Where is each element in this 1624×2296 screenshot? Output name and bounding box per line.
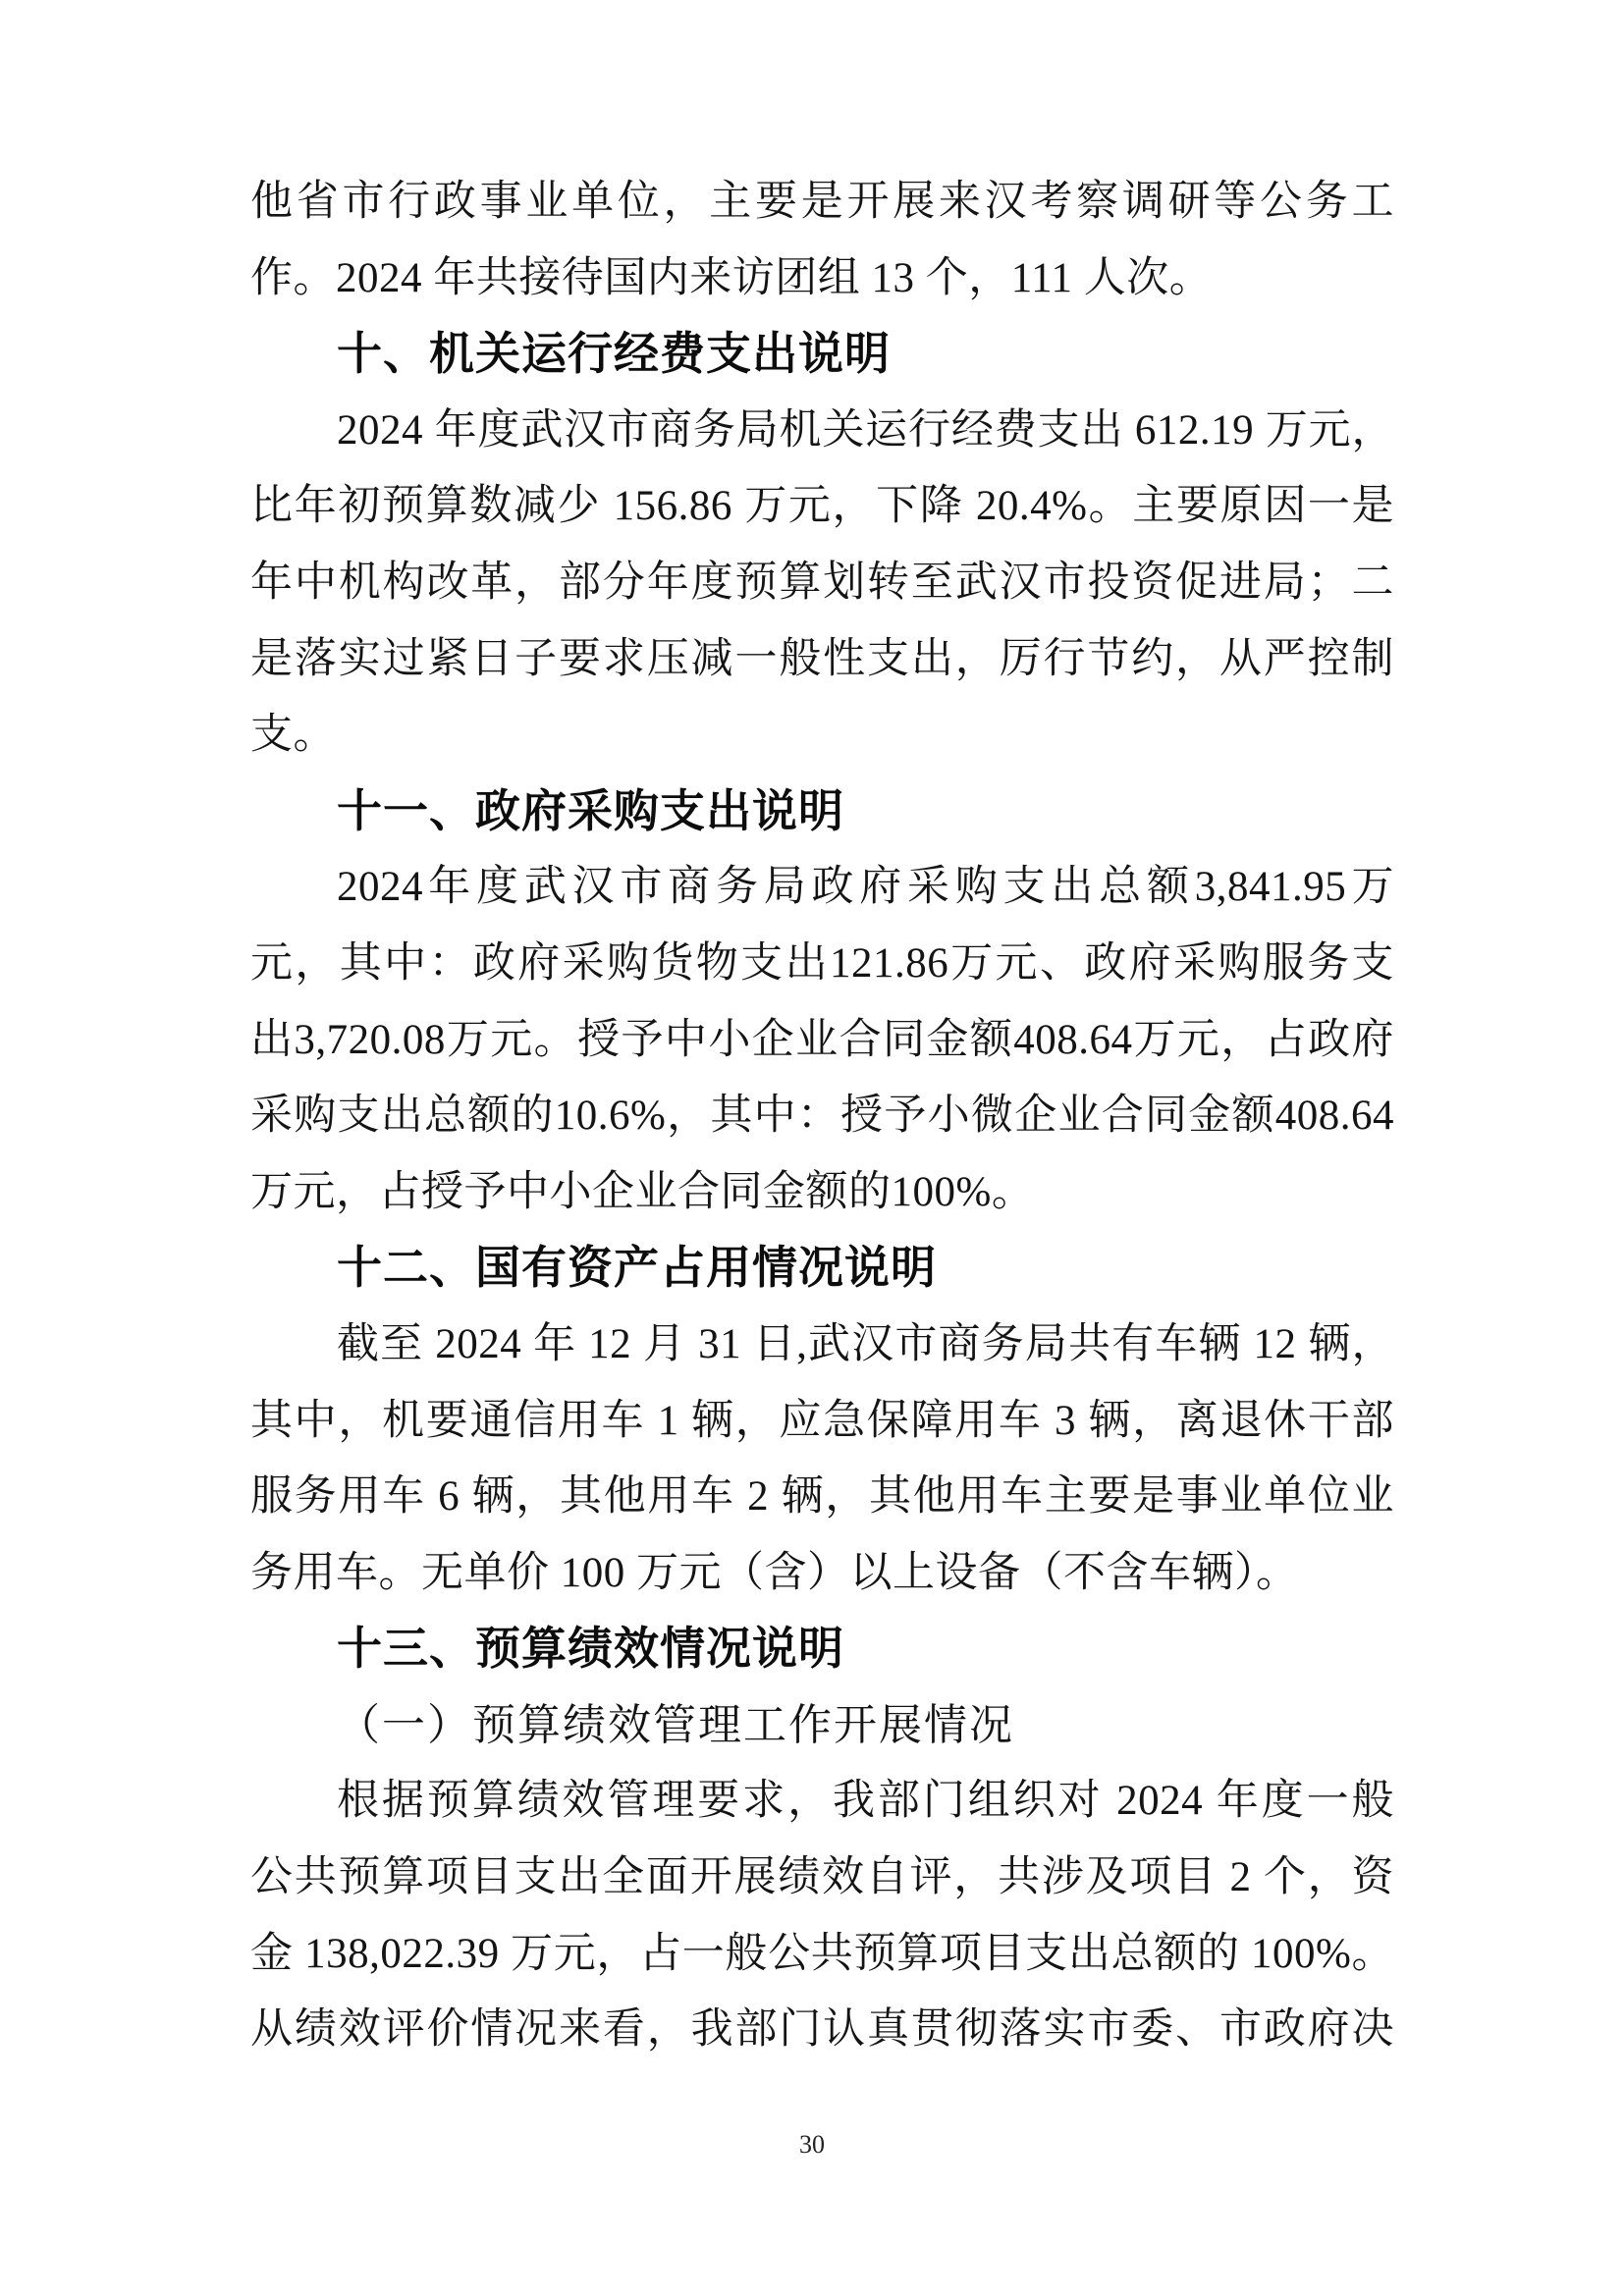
text-line: 万元，占授予中小企业合同金额的100%。 bbox=[250, 1154, 1394, 1231]
text-line: 作。2024 年共接待国内来访团组 13 个，111 人次。 bbox=[250, 240, 1394, 317]
text-line: 截至 2024 年 12 月 31 日,武汉市商务局共有车辆 12 辆， bbox=[250, 1307, 1394, 1383]
text-line: 年中机构改革，部分年度预算划转至武汉市投资促进局；二 bbox=[250, 545, 1394, 621]
text-line: 2024 年度武汉市商务局机关运行经费支出 612.19 万元， bbox=[250, 393, 1394, 469]
section-heading-11: 十一、政府采购支出说明 bbox=[250, 774, 1394, 850]
text-line: 金 138,022.39 万元，占一般公共预算项目支出总额的 100%。 bbox=[250, 1916, 1394, 1993]
document-text-block: 他省市行政事业单位，主要是开展来汉考察调研等公务工 作。2024 年共接待国内来… bbox=[250, 164, 1394, 2068]
section-heading-12: 十二、国有资产占用情况说明 bbox=[250, 1230, 1394, 1307]
sub-heading: （一）预算绩效管理工作开展情况 bbox=[250, 1687, 1394, 1764]
text-line: 从绩效评价情况来看，我部门认真贯彻落实市委、市政府决 bbox=[250, 1992, 1394, 2068]
section-heading-13: 十三、预算绩效情况说明 bbox=[250, 1611, 1394, 1687]
text-line: 他省市行政事业单位，主要是开展来汉考察调研等公务工 bbox=[250, 164, 1394, 240]
document-page: 他省市行政事业单位，主要是开展来汉考察调研等公务工 作。2024 年共接待国内来… bbox=[0, 0, 1624, 2296]
text-line: 支。 bbox=[250, 697, 1394, 774]
text-line: 元，其中：政府采购货物支出121.86万元、政府采购服务支 bbox=[250, 926, 1394, 1002]
text-line: 是落实过紧日子要求压减一般性支出，厉行节约，从严控制开 bbox=[250, 621, 1394, 698]
section-heading-10: 十、机关运行经费支出说明 bbox=[250, 316, 1394, 393]
text-line: 根据预算绩效管理要求，我部门组织对 2024 年度一般 bbox=[250, 1763, 1394, 1840]
text-line: 出3,720.08万元。授予中小企业合同金额408.64万元，占政府 bbox=[250, 1002, 1394, 1079]
text-line: 2024年度武汉市商务局政府采购支出总额3,841.95万 bbox=[250, 849, 1394, 926]
text-line: 其中，机要通信用车 1 辆，应急保障用车 3 辆，离退休干部 bbox=[250, 1383, 1394, 1460]
text-line: 务用车。无单价 100 万元（含）以上设备（不含车辆）。 bbox=[250, 1535, 1394, 1612]
text-line: 服务用车 6 辆，其他用车 2 辆，其他用车主要是事业单位业 bbox=[250, 1459, 1394, 1535]
text-line: 公共预算项目支出全面开展绩效自评，共涉及项目 2 个，资 bbox=[250, 1840, 1394, 1916]
text-line: 采购支出总额的10.6%，其中：授予小微企业合同金额408.64 bbox=[250, 1078, 1394, 1154]
page-number: 30 bbox=[0, 2128, 1624, 2162]
text-line: 比年初预算数减少 156.86 万元，下降 20.4%。主要原因一是 bbox=[250, 468, 1394, 545]
